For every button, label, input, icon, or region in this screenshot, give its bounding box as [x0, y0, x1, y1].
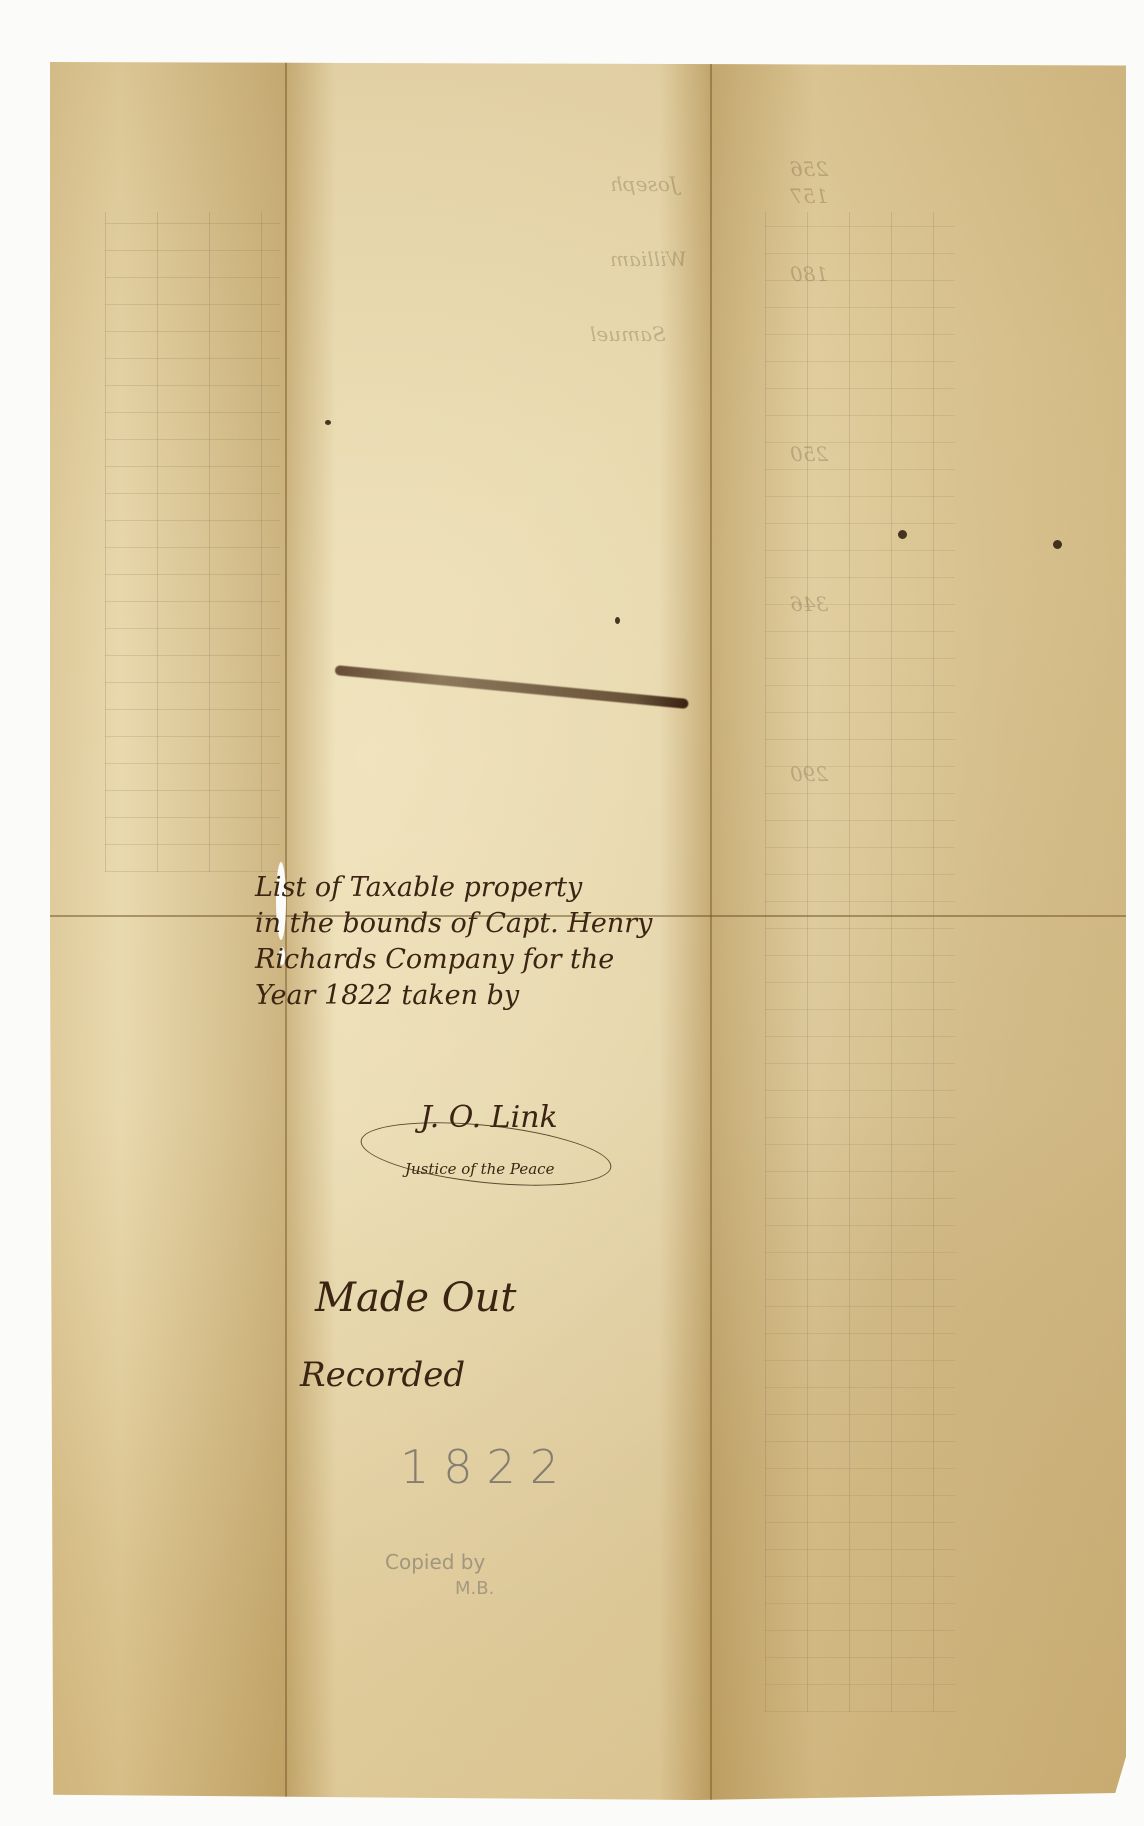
- bleed-through-text: Joseph: [610, 172, 678, 196]
- heading-line: Richards Company for the: [255, 942, 675, 978]
- bleed-through-number: 157: [790, 184, 828, 208]
- ink-spot: [898, 530, 907, 539]
- bleed-through-text: Samuel: [590, 322, 666, 346]
- bleed-through-number: 290: [790, 762, 828, 786]
- signature-title: Justice of the Peace: [405, 1160, 554, 1178]
- left-fold-panel: [50, 62, 285, 1800]
- recorded-annotation: Recorded: [300, 1355, 465, 1395]
- vertical-fold-line: [710, 62, 712, 1800]
- heading-line: List of Taxable property: [255, 870, 675, 906]
- ink-spot: [325, 420, 331, 425]
- heading-line: in the bounds of Capt. Henry: [255, 906, 675, 942]
- made-out-annotation: Made Out: [315, 1275, 516, 1321]
- bleed-through-number: 256: [790, 157, 828, 181]
- bleed-through-number: 180: [790, 262, 828, 286]
- pencil-year: 1822: [400, 1440, 573, 1494]
- pencil-copied-note: Copied by: [385, 1550, 485, 1574]
- bleed-through-number: 250: [790, 442, 828, 466]
- bleed-through-number: 346: [790, 592, 828, 616]
- right-fold-panel: [710, 62, 1126, 1800]
- ink-spot: [615, 617, 620, 624]
- heading-line: Year 1822 taken by: [255, 978, 675, 1014]
- docket-heading: List of Taxable property in the bounds o…: [255, 870, 675, 1014]
- ink-spot: [1053, 540, 1062, 549]
- pencil-initials: M.B.: [455, 1578, 494, 1599]
- bleed-through-text: William: [610, 247, 687, 271]
- signature: J. O. Link: [420, 1100, 558, 1135]
